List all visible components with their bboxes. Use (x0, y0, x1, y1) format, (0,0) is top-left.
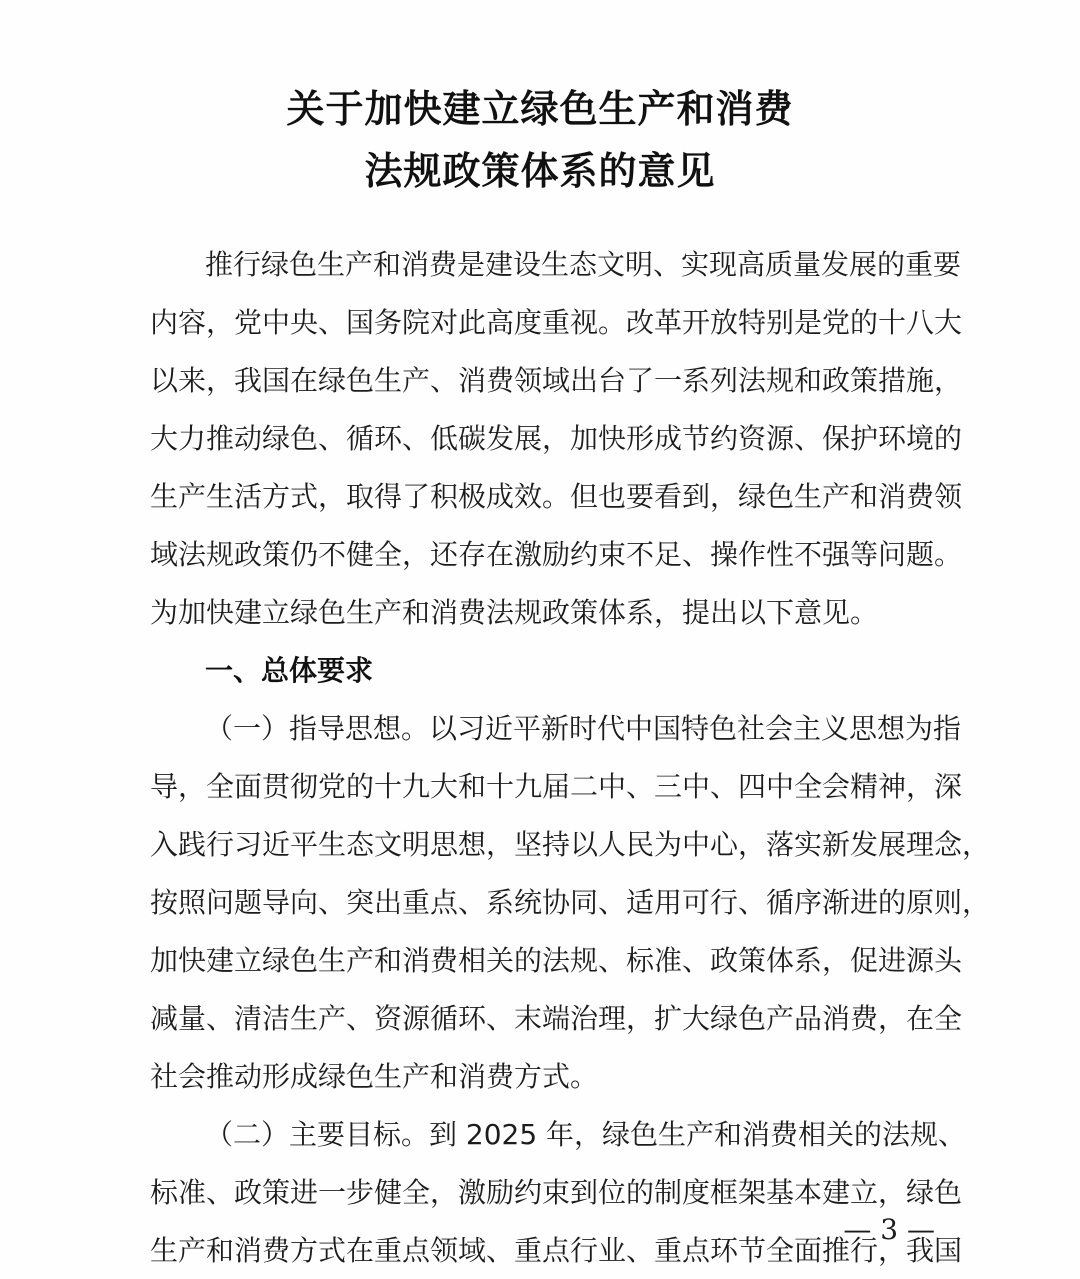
paragraph-line: 大力推动绿色、循环、低碳发展，加快形成节约资源、保护环境的 (150, 422, 935, 456)
paragraph-line: 按照问题导向、突出重点、系统协同、适用可行、循序渐进的原则， (150, 886, 935, 920)
paragraph-line: 为加快建立绿色生产和消费法规政策体系，提出以下意见。 (150, 596, 878, 630)
section-heading: 一、总体要求 (205, 654, 373, 688)
paragraph-line: 导，全面贯彻党的十九大和十九届二中、三中、四中全会精神，深 (150, 770, 935, 804)
paragraph-line: 内容，党中央、国务院对此高度重视。改革开放特别是党的十八大 (150, 306, 935, 340)
paragraph-line: 社会推动形成绿色生产和消费方式。 (150, 1060, 598, 1094)
paragraph-line: （一）指导思想。以习近平新时代中国特色社会主义思想为指 (205, 712, 935, 746)
paragraph-line: 加快建立绿色生产和消费相关的法规、标准、政策体系，促进源头 (150, 944, 935, 978)
page-number: — 3 — (843, 1213, 935, 1246)
document-page: 关于加快建立绿色生产和消费 法规政策体系的意见 推行绿色生产和消费是建设生态文明… (0, 0, 1080, 1279)
paragraph-line: （二）主要目标。到 2025 年，绿色生产和消费相关的法规、 (205, 1118, 935, 1152)
paragraph-line: 标准、政策进一步健全，激励约束到位的制度框架基本建立，绿色 (150, 1176, 935, 1210)
paragraph-line: 以来，我国在绿色生产、消费领域出台了一系列法规和政策措施， (150, 364, 935, 398)
paragraph-line: 减量、清洁生产、资源循环、末端治理，扩大绿色产品消费，在全 (150, 1002, 935, 1036)
paragraph-line: 生产和消费方式在重点领域、重点行业、重点环节全面推行，我国 (150, 1234, 935, 1268)
paragraph-line: 入践行习近平生态文明思想，坚持以人民为中心，落实新发展理念， (150, 828, 935, 862)
paragraph-line: 推行绿色生产和消费是建设生态文明、实现高质量发展的重要 (205, 248, 935, 282)
paragraph-line: 生产生活方式，取得了积极成效。但也要看到，绿色生产和消费领 (150, 480, 935, 514)
paragraph-line: 域法规政策仍不健全，还存在激励约束不足、操作性不强等问题。 (150, 538, 935, 572)
document-title-line-1: 关于加快建立绿色生产和消费 (0, 78, 1080, 133)
document-title-line-2: 法规政策体系的意见 (0, 140, 1080, 195)
